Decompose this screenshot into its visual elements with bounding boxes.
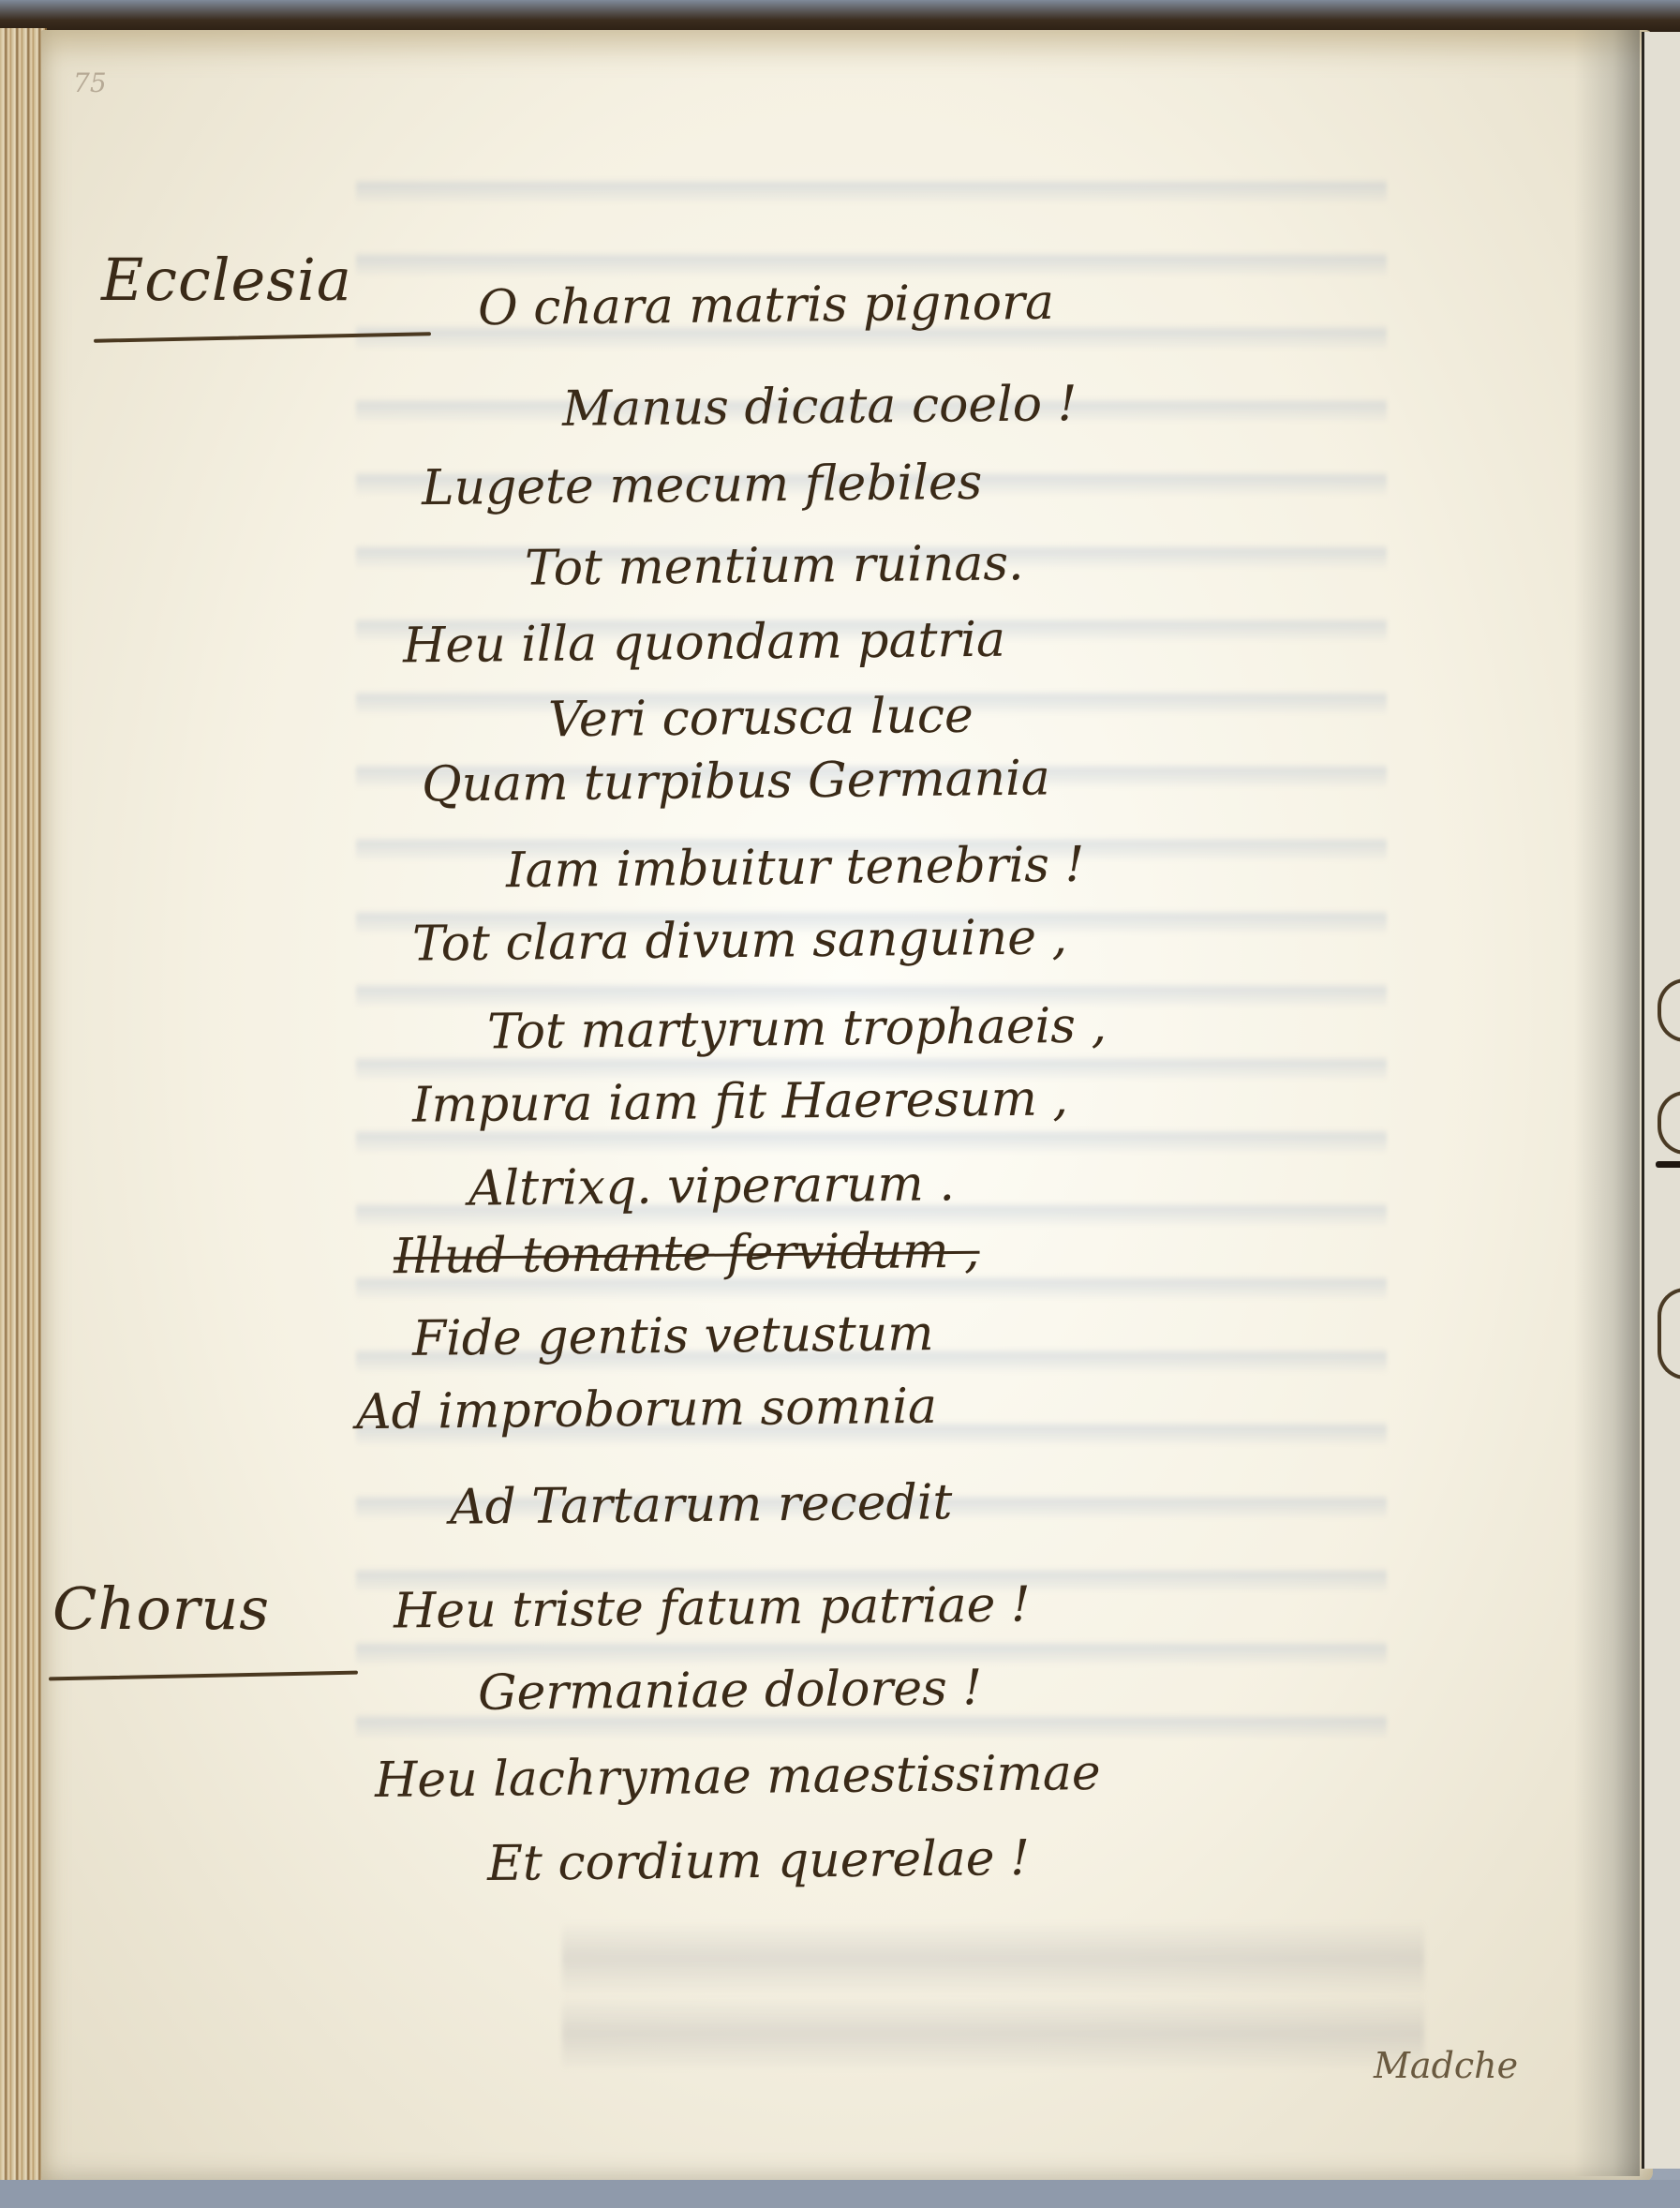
verse-line: Heu triste fatum patriae !	[394, 1580, 1031, 1635]
scan-top-edge	[0, 0, 1680, 34]
verse-line: Heu illa quondam patria	[403, 616, 1005, 671]
verse-line: Germaniae dolores !	[478, 1663, 983, 1718]
verse-line: Iam imbuitur tenebris !	[506, 841, 1085, 895]
book-binding-edge	[0, 28, 47, 2184]
verse-line-struck: Illud tonante fervidum ,	[394, 1227, 980, 1282]
verse-line: Veri corusca luce	[548, 692, 974, 745]
page-gutter-shadow	[1574, 30, 1640, 2176]
page-number: 75	[73, 67, 107, 98]
speaker-label-ecclesia: Ecclesia	[101, 246, 352, 314]
verse-line: Manus dicata coelo !	[562, 380, 1078, 434]
verse-line: Ad improborum somnia	[356, 1382, 937, 1437]
verse-line: Lugete mecum flebiles	[422, 458, 983, 513]
facing-page-edge	[1642, 32, 1680, 2169]
facing-page-ink-mark	[1656, 1161, 1680, 1168]
facing-page-ink-loop	[1658, 1091, 1680, 1155]
speaker-label-chorus: Chorus	[52, 1574, 270, 1643]
verse-line: Tot mentium ruinas.	[525, 539, 1024, 593]
verse-line: O chara matris pignora	[478, 278, 1054, 333]
bleed-through-text-bottom	[562, 1921, 1424, 2071]
verse-line: Tot martyrum trophaeis ,	[487, 1002, 1108, 1057]
verse-line: Altrixq. viperarum .	[468, 1159, 955, 1213]
verse-line: Impura iam fit Haeresum ,	[412, 1074, 1068, 1129]
verse-line: Tot clara divum sanguine ,	[412, 913, 1068, 968]
scan-bottom-edge	[0, 2180, 1680, 2208]
verse-line: Heu lachrymae maestissimae	[375, 1749, 1101, 1805]
verse-line: Ad Tartarum recedit	[450, 1478, 953, 1532]
facing-page-ink-loop	[1658, 1288, 1680, 1380]
facing-page-ink-loop	[1658, 978, 1680, 1042]
verse-line: Quam turpibus Germania	[422, 753, 1050, 809]
signature: Madche	[1374, 2045, 1518, 2086]
verse-line: Fide gentis vetustum	[412, 1309, 934, 1364]
verse-line: Et cordium querelae !	[487, 1834, 1030, 1888]
